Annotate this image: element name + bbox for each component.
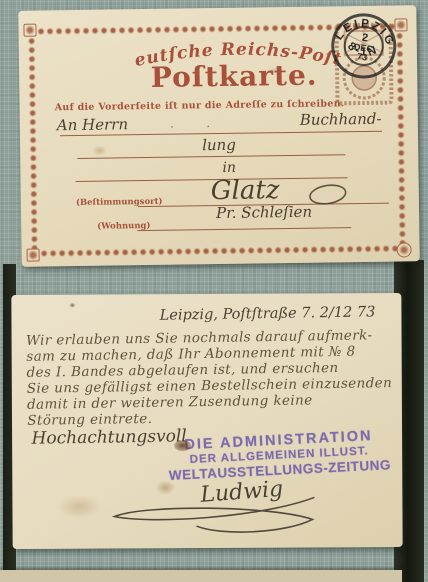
handwritten-addressee-cont: lung <box>202 136 236 154</box>
handwritten-in: in <box>222 160 236 176</box>
border-chain-bottom <box>40 245 398 258</box>
message-line: damit in der weiteren Zusendung keine <box>27 392 313 412</box>
handwritten-destination: Glatz <box>211 175 280 206</box>
message-dateline: Leipzig, Poſtſtraße 7. 2/12 73 <box>160 304 376 323</box>
stain <box>69 303 75 308</box>
album-photo-scene: Deutſche Reichs-Poſt. Poſtkarte. Auf die… <box>0 0 428 582</box>
border-corner-medallion <box>397 242 412 257</box>
stain <box>57 495 101 519</box>
stain <box>174 440 191 451</box>
border-chain-left <box>28 37 39 249</box>
album-page-edge-bottom <box>0 570 402 582</box>
handwriting-flourish-icon <box>307 182 349 207</box>
handwritten-addressee: Buchhand- <box>300 110 382 129</box>
message-line: Störung eintrete. <box>27 411 152 429</box>
signature-flourish-icon <box>100 491 330 536</box>
postcard-back: Leipzig, Poſtſtraße 7. 2/12 73 Wir erlau… <box>11 293 402 549</box>
handwritten-dots: . . <box>170 116 225 132</box>
postcard-front: Deutſche Reichs-Poſt. Poſtkarte. Auf die… <box>18 5 420 267</box>
stain <box>155 480 175 495</box>
admin-rubber-stamp: DIE ADMINISTRATION DER ALLGEMEINEN ILLUS… <box>161 427 397 483</box>
residence-label: (Wohnung) <box>97 221 150 232</box>
destination-label: (Beſtimmungsort) <box>76 197 163 208</box>
postmark-icon: LEIPZIG 2 DEC 73 8-1N <box>316 0 411 94</box>
handwritten-province: Pr. Schleſien <box>216 203 312 222</box>
border-corner-medallion <box>27 249 40 262</box>
message-block: Leipzig, Poſtſtraße 7. 2/12 73 Wir erlau… <box>11 291 401 297</box>
handwritten-salutation: An Herrn <box>57 115 128 134</box>
border-corner-medallion <box>23 24 36 37</box>
